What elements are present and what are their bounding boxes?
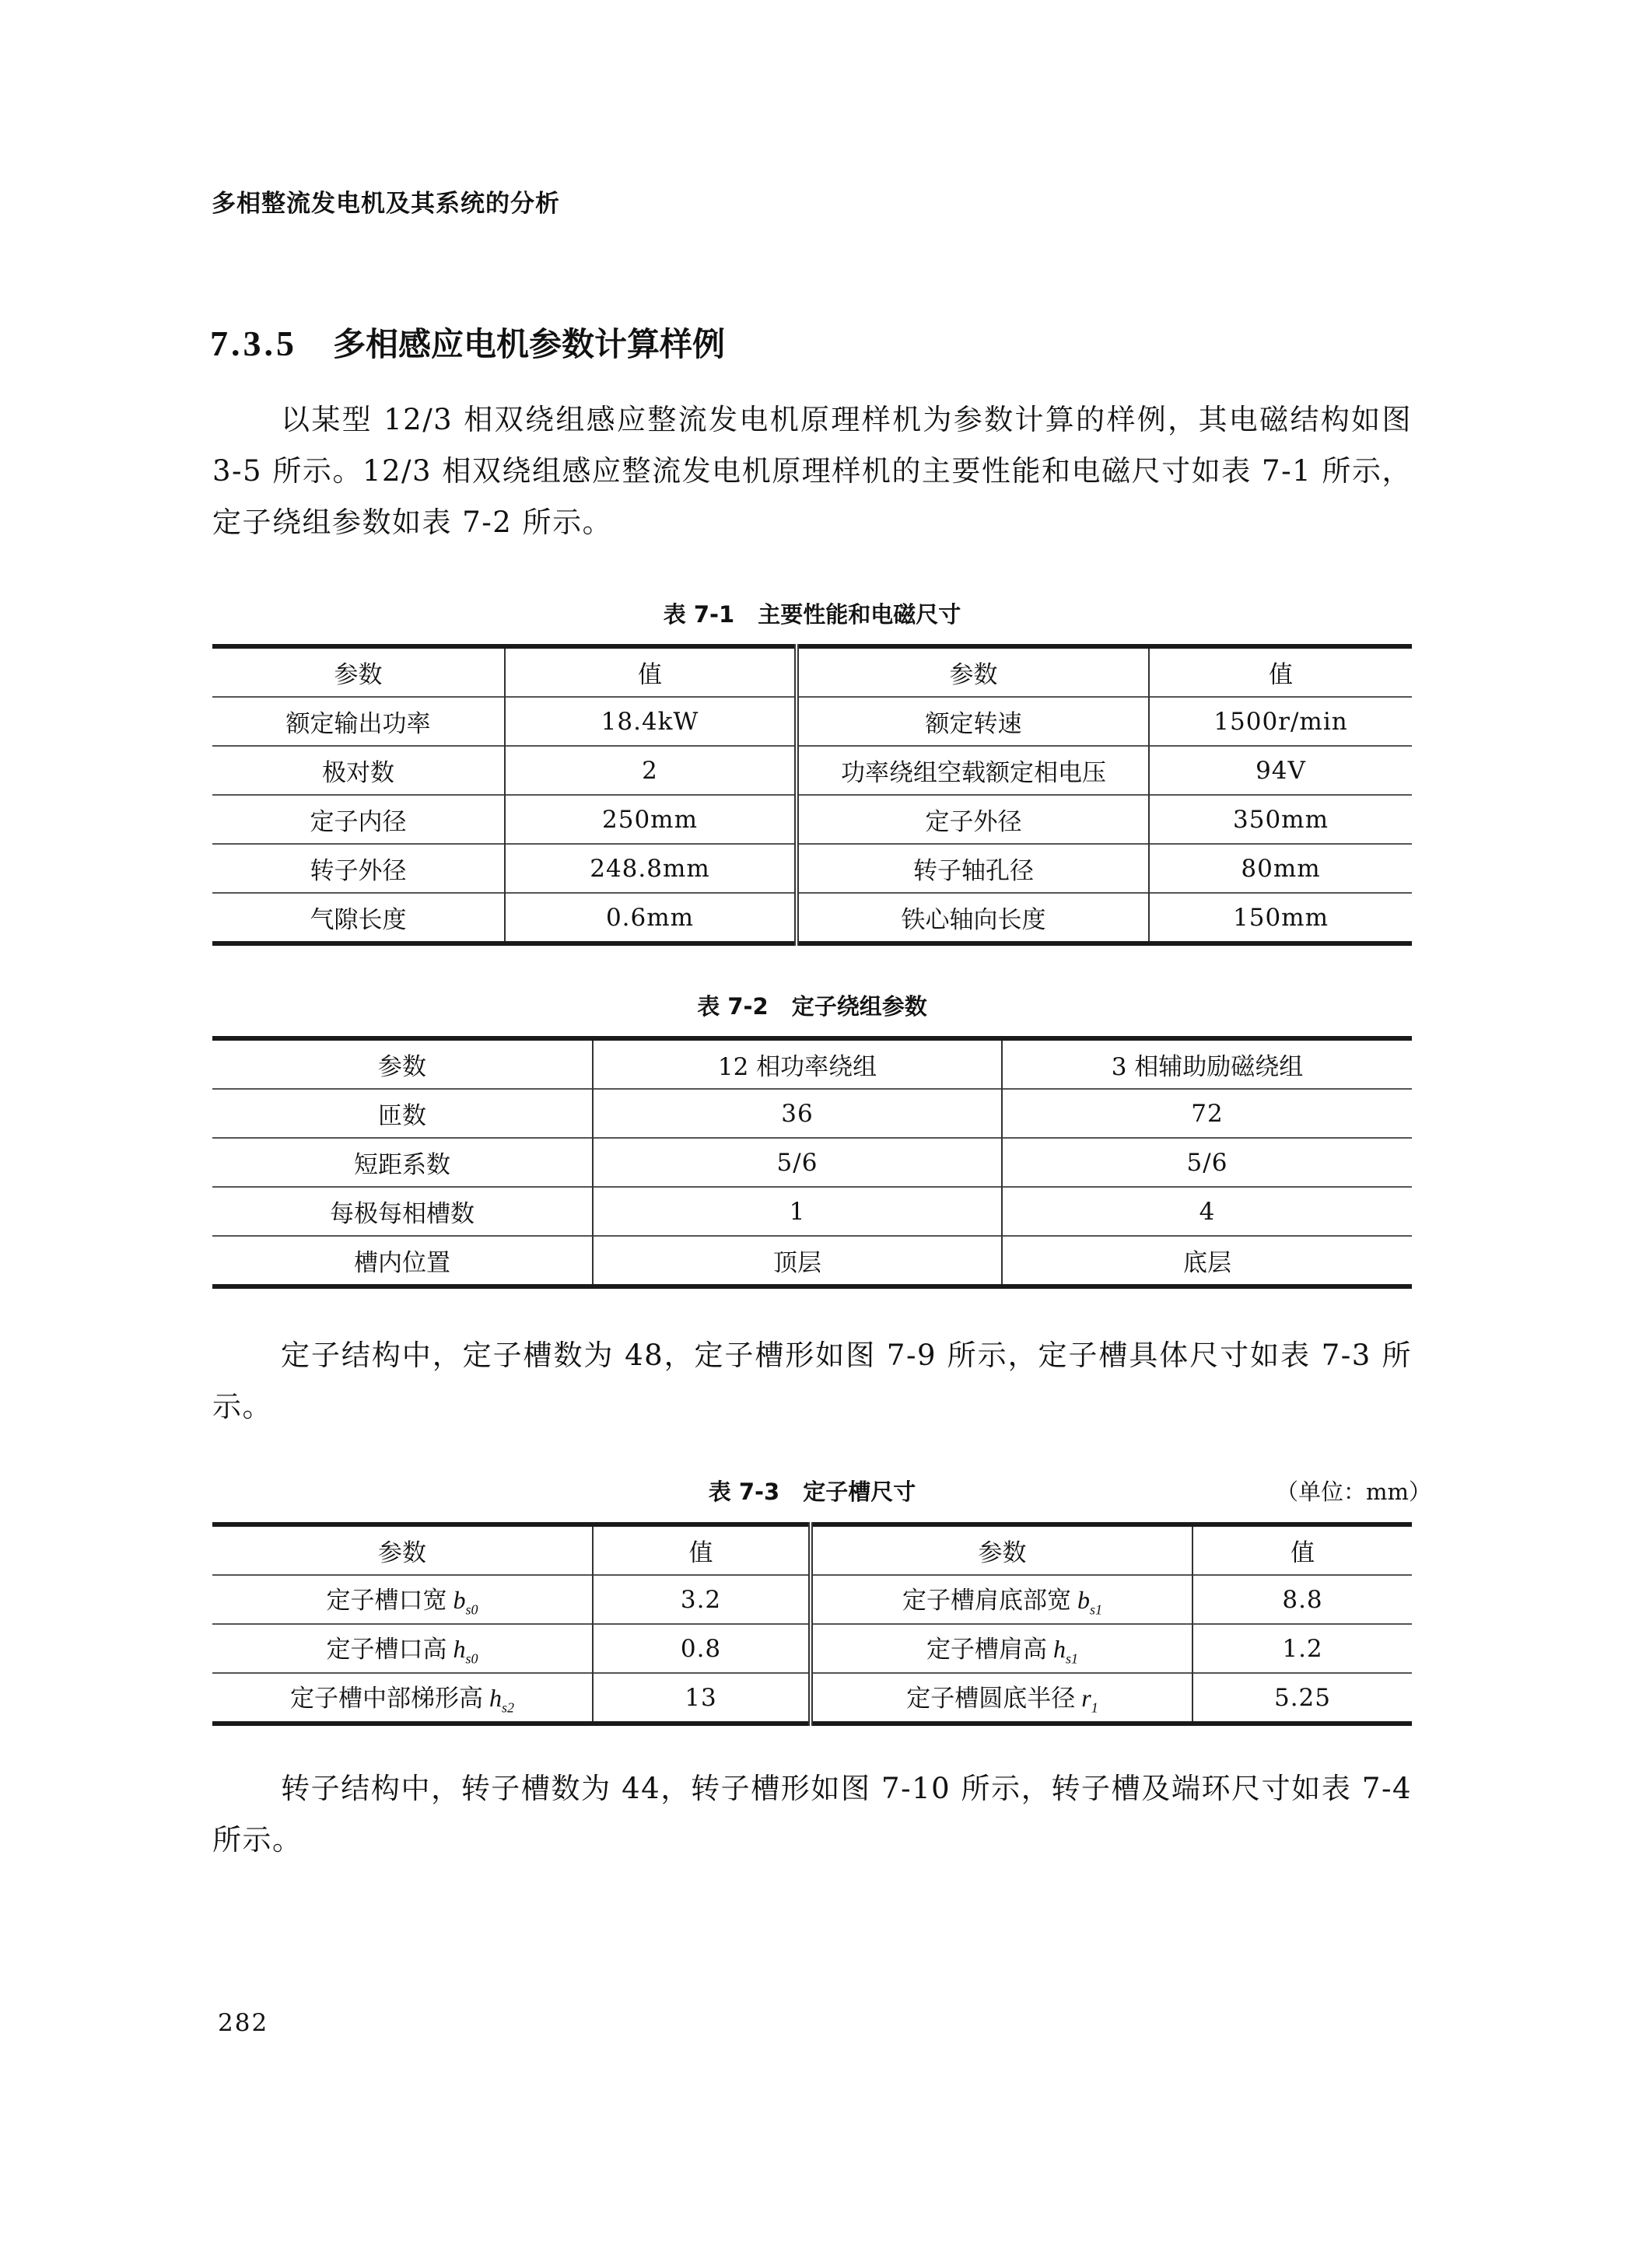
table-7-1-performance-dimensions: 参数 值 参数 值 额定输出功率 18.4kW 额定转速 1500r/min 极…	[212, 644, 1412, 946]
param-cell: 极对数	[212, 746, 505, 795]
param-cell: 短距系数	[212, 1138, 593, 1187]
header-cell: 参数	[811, 1524, 1192, 1575]
value-cell: 5/6	[1002, 1138, 1412, 1187]
param-cell: 定子槽口宽bs0	[212, 1575, 593, 1624]
table-title: 定子绕组参数	[792, 993, 927, 1020]
table-header-row: 参数 值 参数 值	[212, 646, 1412, 697]
value-cell: 72	[1002, 1089, 1412, 1138]
value-cell: 13	[593, 1673, 811, 1724]
value-cell: 250mm	[505, 795, 797, 844]
table-number: 表 7-3	[709, 1479, 780, 1505]
paragraph-rotor: 转子结构中，转子槽数为 44，转子槽形如图 7-10 所示，转子槽及端环尺寸如表…	[212, 1763, 1412, 1866]
table-number: 表 7-1	[664, 601, 735, 628]
value-cell: 4	[1002, 1187, 1412, 1236]
value-cell: 5.25	[1192, 1673, 1412, 1724]
header-cell: 值	[1149, 646, 1412, 697]
value-cell: 1500r/min	[1149, 697, 1412, 746]
table-title: 定子槽尺寸	[803, 1479, 916, 1505]
header-cell: 12 相功率绕组	[593, 1038, 1002, 1089]
param-cell: 气隙长度	[212, 893, 505, 943]
section-heading: 7.3.5多相感应电机参数计算样例	[210, 319, 725, 366]
param-cell: 每极每相槽数	[212, 1187, 593, 1236]
table-caption-7-2: 表 7-2定子绕组参数	[697, 989, 927, 1021]
table-row: 每极每相槽数 1 4	[212, 1187, 1412, 1236]
value-cell: 80mm	[1149, 844, 1412, 893]
param-cell: 定子槽肩底部宽bs1	[811, 1575, 1192, 1624]
table-7-3-stator-slot: 参数 值 参数 值 定子槽口宽bs0 3.2 定子槽肩底部宽bs1 8.8 定子…	[212, 1522, 1412, 1726]
value-cell: 2	[505, 746, 797, 795]
param-cell: 铁心轴向长度	[797, 893, 1149, 943]
value-cell: 150mm	[1149, 893, 1412, 943]
value-cell: 底层	[1002, 1236, 1412, 1286]
section-number: 7.3.5	[210, 324, 297, 363]
header-cell: 参数	[212, 1524, 593, 1575]
param-cell: 转子外径	[212, 844, 505, 893]
value-cell: 0.8	[593, 1624, 811, 1673]
header-cell: 参数	[797, 646, 1149, 697]
value-cell: 350mm	[1149, 795, 1412, 844]
param-cell: 额定输出功率	[212, 697, 505, 746]
param-cell: 定子槽中部梯形高hs2	[212, 1673, 593, 1724]
value-cell: 0.6mm	[505, 893, 797, 943]
page-number: 282	[218, 2009, 268, 2037]
table-caption-7-1: 表 7-1主要性能和电磁尺寸	[664, 597, 961, 629]
table-unit-note: （单位：mm）	[1276, 1475, 1431, 1507]
param-cell: 定子内径	[212, 795, 505, 844]
table-7-2-stator-winding: 参数 12 相功率绕组 3 相辅助励磁绕组 匝数 36 72 短距系数 5/6 …	[212, 1036, 1412, 1289]
value-cell: 8.8	[1192, 1575, 1412, 1624]
value-cell: 94V	[1149, 746, 1412, 795]
header-cell: 值	[1192, 1524, 1412, 1575]
table-row: 定子槽口高hs0 0.8 定子槽肩高hs1 1.2	[212, 1624, 1412, 1673]
header-cell: 值	[593, 1524, 811, 1575]
value-cell: 5/6	[593, 1138, 1002, 1187]
table-row: 气隙长度 0.6mm 铁心轴向长度 150mm	[212, 893, 1412, 943]
param-cell: 转子轴孔径	[797, 844, 1149, 893]
table-title: 主要性能和电磁尺寸	[758, 601, 961, 628]
table-row: 额定输出功率 18.4kW 额定转速 1500r/min	[212, 697, 1412, 746]
table-number: 表 7-2	[697, 993, 769, 1020]
header-cell: 参数	[212, 646, 505, 697]
param-cell: 功率绕组空载额定相电压	[797, 746, 1149, 795]
param-cell: 定子槽口高hs0	[212, 1624, 593, 1673]
param-cell: 定子外径	[797, 795, 1149, 844]
table-row: 槽内位置 顶层 底层	[212, 1236, 1412, 1286]
section-title: 多相感应电机参数计算样例	[333, 325, 725, 363]
table-row: 定子槽口宽bs0 3.2 定子槽肩底部宽bs1 8.8	[212, 1575, 1412, 1624]
table-header-row: 参数 值 参数 值	[212, 1524, 1412, 1575]
running-header: 多相整流发电机及其系统的分析	[212, 184, 560, 219]
value-cell: 1	[593, 1187, 1002, 1236]
param-cell: 匝数	[212, 1089, 593, 1138]
param-cell: 槽内位置	[212, 1236, 593, 1286]
param-cell: 定子槽肩高hs1	[811, 1624, 1192, 1673]
value-cell: 248.8mm	[505, 844, 797, 893]
table-row: 定子槽中部梯形高hs2 13 定子槽圆底半径r1 5.25	[212, 1673, 1412, 1724]
param-cell: 额定转速	[797, 697, 1149, 746]
value-cell: 3.2	[593, 1575, 811, 1624]
value-cell: 18.4kW	[505, 697, 797, 746]
header-cell: 参数	[212, 1038, 593, 1089]
header-cell: 3 相辅助励磁绕组	[1002, 1038, 1412, 1089]
table-row: 匝数 36 72	[212, 1089, 1412, 1138]
param-cell: 定子槽圆底半径r1	[811, 1673, 1192, 1724]
paragraph-intro: 以某型 12/3 相双绕组感应整流发电机原理样机为参数计算的样例，其电磁结构如图…	[212, 394, 1412, 548]
value-cell: 顶层	[593, 1236, 1002, 1286]
paragraph-stator: 定子结构中，定子槽数为 48，定子槽形如图 7-9 所示，定子槽具体尺寸如表 7…	[212, 1330, 1412, 1433]
table-caption-7-3: 表 7-3定子槽尺寸	[709, 1475, 916, 1507]
value-cell: 36	[593, 1089, 1002, 1138]
header-cell: 值	[505, 646, 797, 697]
table-row: 定子内径 250mm 定子外径 350mm	[212, 795, 1412, 844]
table-row: 极对数 2 功率绕组空载额定相电压 94V	[212, 746, 1412, 795]
table-header-row: 参数 12 相功率绕组 3 相辅助励磁绕组	[212, 1038, 1412, 1089]
table-row: 转子外径 248.8mm 转子轴孔径 80mm	[212, 844, 1412, 893]
value-cell: 1.2	[1192, 1624, 1412, 1673]
table-row: 短距系数 5/6 5/6	[212, 1138, 1412, 1187]
